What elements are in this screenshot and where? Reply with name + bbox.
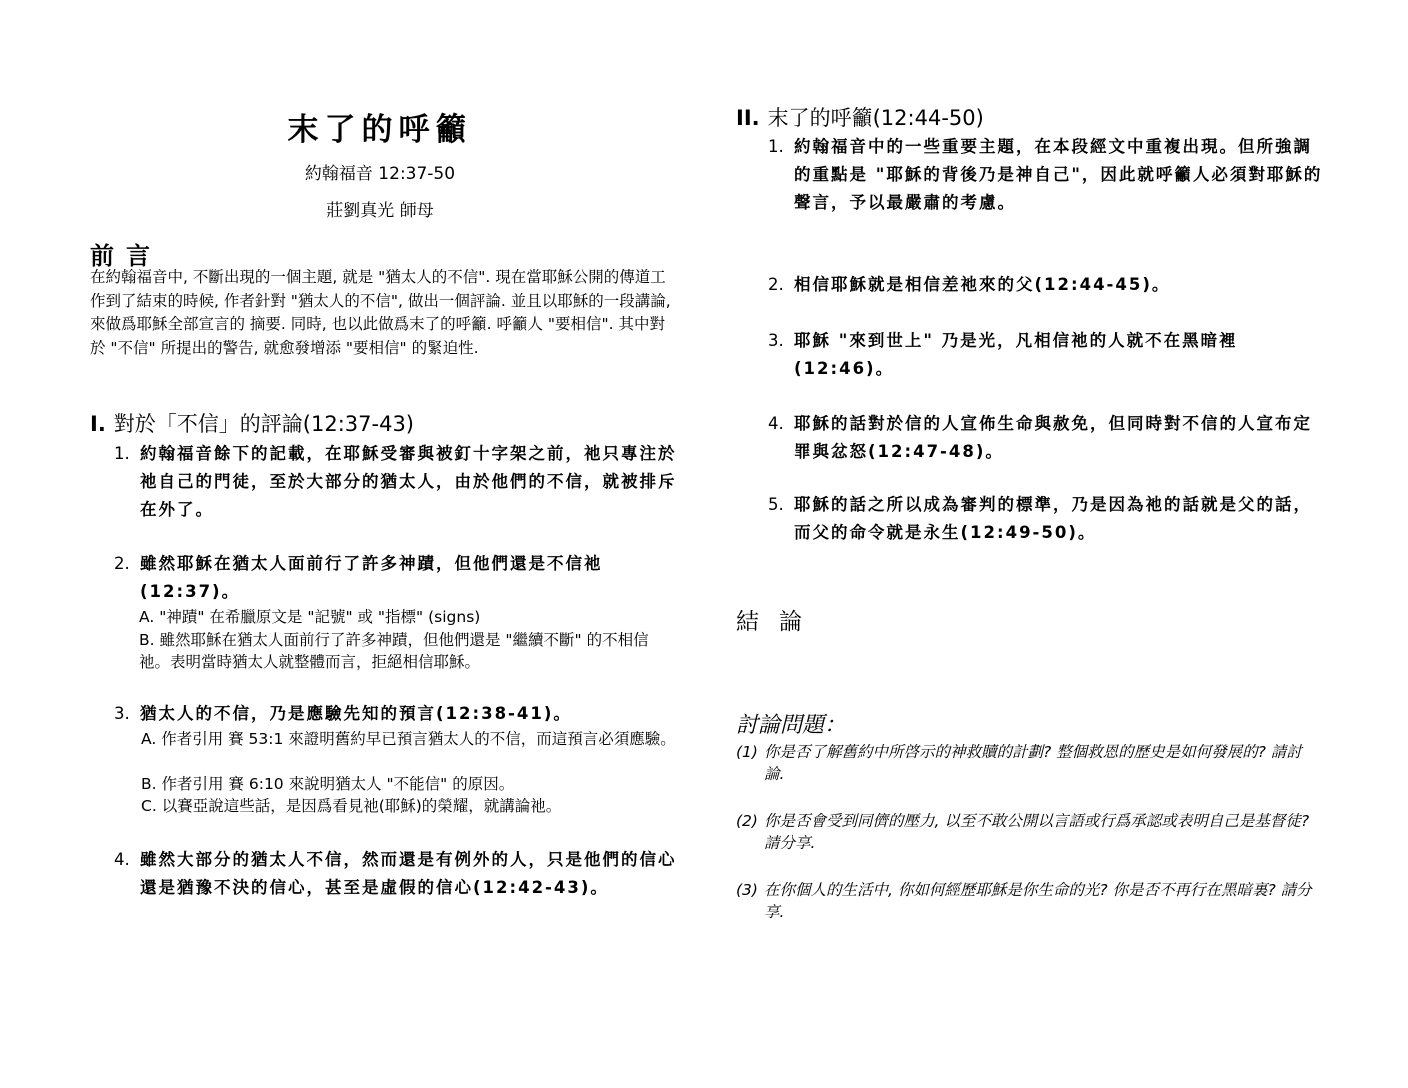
section-2-heading: II.末了的呼籲(12:44-50): [736, 102, 984, 132]
scripture-reference: 約翰福音 12:37-50: [90, 159, 670, 184]
section-2-item-1: 1. 約翰福音中的一些重要主題，在本段經文中重複出現。但所強調的重點是 "耶穌的…: [768, 133, 1328, 217]
section-1-item-2-sub-b: B. 雖然耶穌在猶太人面前行了許多神蹟，但他們還是 "繼續不斷" 的不相信祂。表…: [139, 629, 679, 673]
section-1-item-1: 1. 約翰福音餘下的記載，在耶穌受審與被釘十字架之前，祂只專注於祂自己的門徒，至…: [114, 440, 680, 524]
author: 莊劉真光 師母: [90, 196, 670, 221]
section-2-item-4: 4. 耶穌的話對於信的人宣佈生命與赦免，但同時對不信的人宣布定罪與忿怒(12:4…: [768, 410, 1328, 466]
section-2-item-2: 2. 相信耶穌就是相信差祂來的父(12:44-45)。: [768, 271, 1328, 299]
section-1-item-3: 3. 猶太人的不信，乃是應驗先知的預言(12:38-41)。: [114, 700, 680, 728]
section-1-heading: I.對於「不信」的評論(12:37-43): [90, 408, 414, 438]
section-1-item-4: 4. 雖然大部分的猶太人不信，然而還是有例外的人，只是他們的信心還是猶豫不決的信…: [114, 846, 680, 902]
discussion-question-2: (2) 你是否會受到同儕的壓力, 以至不敢公開以言語或行爲承認或表明自己是基督徒…: [736, 810, 1316, 854]
section-2-item-3: 3. 耶穌 "來到世上" 乃是光，凡相信祂的人就不在黑暗裡(12:46)。: [768, 327, 1328, 383]
discussion-question-1: (1) 你是否了解舊約中所啓示的神救贖的計劃? 整個救恩的歷史是如何發展的? 請…: [736, 741, 1316, 785]
section-2-title: 末了的呼籲(12:44-50): [768, 106, 984, 130]
section-2-item-5: 5. 耶穌的話之所以成為審判的標準，乃是因為祂的話就是父的話，而父的命令就是永生…: [768, 491, 1328, 547]
page-title: 末了的呼籲: [90, 104, 670, 149]
section-2-numeral: II.: [736, 106, 760, 130]
section-1-item-2: 2. 雖然耶穌在猶太人面前行了許多神蹟，但他們還是不信祂(12:37)。: [114, 550, 680, 606]
section-1-item-2-sub-a: A. "神蹟" 在希臘原文是 "記號" 或 "指標" (signs): [139, 606, 679, 628]
intro-body: 在約翰福音中, 不斷出現的一個主題, 就是 "猶太人的不信". 現在當耶穌公開的…: [90, 266, 680, 360]
discussion-heading: 討論問題：: [736, 708, 846, 739]
discussion-question-3: (3) 在你個人的生活中, 你如何經歷耶穌是你生命的光? 你是否不再行在黑暗裏?…: [736, 879, 1316, 923]
conclusion-heading: 結論: [736, 603, 822, 636]
section-1-item-3-sub-b: B. 作者引用 賽 6:10 來說明猶太人 "不能信" 的原因。: [141, 773, 679, 795]
section-1-title: 對於「不信」的評論(12:37-43): [114, 412, 414, 436]
section-1-item-3-sub-c: C. 以賽亞說這些話，是因爲看見祂(耶穌)的榮耀，就講論祂。: [141, 795, 679, 817]
section-1-item-3-sub-a: A. 作者引用 賽 53:1 來證明舊約早已預言猶太人的不信，而這預言必須應驗。: [141, 728, 701, 750]
section-1-numeral: I.: [90, 412, 106, 436]
